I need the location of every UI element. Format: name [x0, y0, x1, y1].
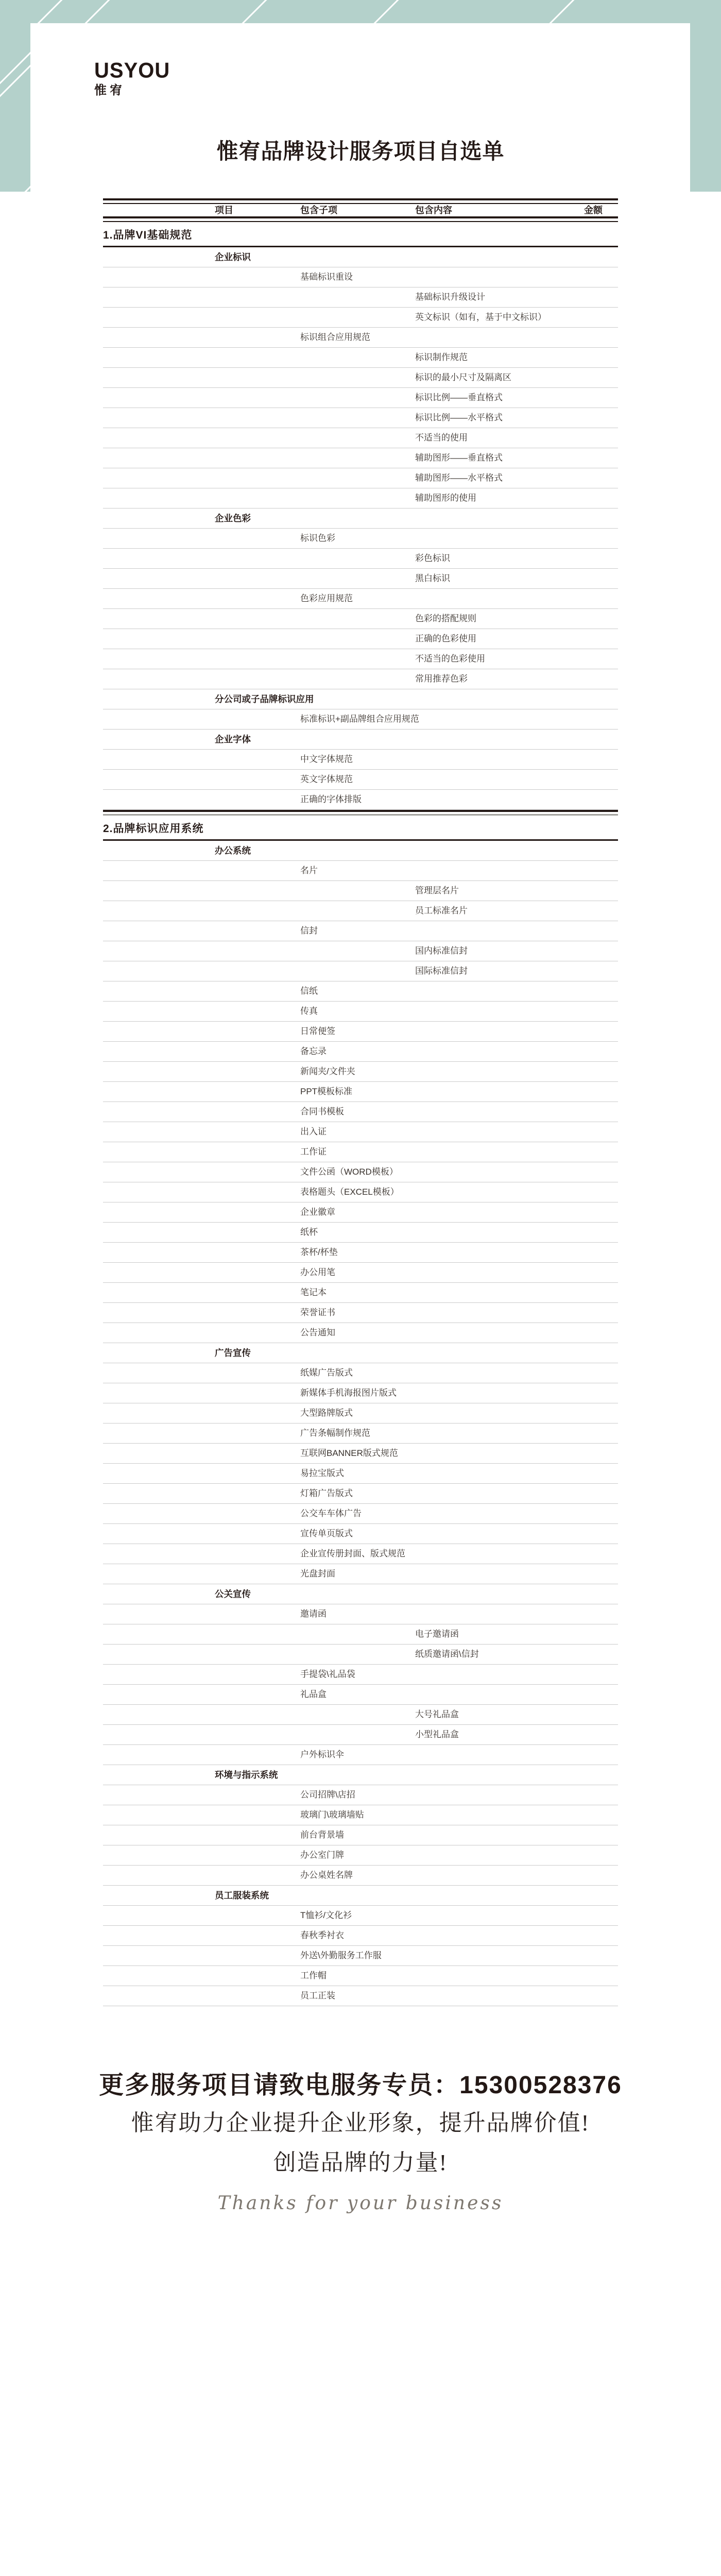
row-label: 茶杯/杯垫	[300, 1247, 338, 1257]
table-row: 礼品盒	[103, 1685, 618, 1705]
row-label: 灯箱广告版式	[300, 1488, 353, 1498]
table-row: 办公用笔	[103, 1263, 618, 1283]
flyer-page: USYOU 惟宥 惟宥品牌设计服务项目自选单 项目 包含子项 包含内容 金额 1…	[0, 0, 721, 2576]
section-brand-vi-basics: 1.品牌VI基础规范 企业标识基础标识重设基础标识升级设计英文标识（如有，基于中…	[103, 222, 618, 810]
diagonal-line-decoration	[227, 0, 283, 23]
table-row: 手提袋\礼品袋	[103, 1665, 618, 1685]
row-label: 邀请函	[300, 1609, 327, 1619]
table-row: 标识比例——水平格式	[103, 408, 618, 428]
row-label: 标准标识+副品牌组合应用规范	[300, 714, 419, 724]
row-label: 环境与指示系统	[215, 1770, 278, 1780]
row-label: 公关宣传	[215, 1589, 251, 1599]
table-row: 笔记本	[103, 1283, 618, 1303]
table-row: 中文字体规范	[103, 750, 618, 770]
row-label: 名片	[300, 866, 318, 875]
table-row: 彩色标识	[103, 549, 618, 569]
row-label: 纸媒广告版式	[300, 1368, 353, 1378]
table-row: 标识制作规范	[103, 348, 618, 368]
slogan-line-2: 创造品牌的力量!	[0, 2144, 721, 2177]
table-row: 正确的字体排版	[103, 790, 618, 810]
table-row: 信封	[103, 921, 618, 941]
row-label: 基础标识升级设计	[415, 292, 485, 302]
table-header-row: 项目 包含子项 包含内容 金额	[103, 204, 618, 216]
row-label: 办公用笔	[300, 1267, 335, 1277]
table-row: 企业字体	[103, 730, 618, 750]
services-table: 项目 包含子项 包含内容 金额 1.品牌VI基础规范 企业标识基础标识重设基础标…	[103, 198, 618, 2006]
table-row: 标识的最小尺寸及隔离区	[103, 368, 618, 388]
table-row: 春秋季衬衣	[103, 1926, 618, 1946]
table-row: 环境与指示系统	[103, 1765, 618, 1785]
row-label: 分公司或子品牌标识应用	[215, 694, 314, 704]
row-label: 日常便签	[300, 1026, 335, 1036]
row-label: 合同书模板	[300, 1107, 344, 1116]
table-row: 辅助图形——水平格式	[103, 468, 618, 488]
row-label: 新闻夹/文件夹	[300, 1066, 355, 1076]
row-label: PPT模板标准	[300, 1087, 352, 1096]
col-header-sub-item: 包含子项	[300, 204, 337, 216]
row-label: 基础标识重设	[300, 272, 353, 282]
table-row: 光盘封面	[103, 1564, 618, 1584]
table-row: 公司招牌\店招	[103, 1785, 618, 1805]
row-label: 大号礼品盒	[415, 1709, 459, 1719]
logo-subtext: 惟宥	[94, 84, 170, 97]
row-label: 英文标识（如有，基于中文标识）	[415, 312, 546, 322]
table-row: 小型礼品盒	[103, 1725, 618, 1745]
row-label: 标识比例——水平格式	[415, 413, 503, 422]
table-row: 标识组合应用规范	[103, 328, 618, 348]
table-row: 国内标准信封	[103, 941, 618, 961]
table-row: 纸质邀请函\信封	[103, 1645, 618, 1665]
row-label: 宣传单页版式	[300, 1529, 353, 1538]
row-label: 大型路牌版式	[300, 1408, 353, 1418]
table-row: 文件公函（WORD模板）	[103, 1162, 618, 1182]
table-row: 邀请函	[103, 1604, 618, 1624]
row-label: 标识比例——垂直格式	[415, 393, 503, 402]
row-label: 小型礼品盒	[415, 1730, 459, 1739]
section-rows: 企业标识基础标识重设基础标识升级设计英文标识（如有，基于中文标识）标识组合应用规…	[103, 247, 618, 810]
row-label: 办公系统	[215, 845, 251, 856]
section-divider-double-rule	[103, 810, 618, 816]
row-label: 常用推荐色彩	[415, 674, 468, 684]
table-row: 名片	[103, 861, 618, 881]
row-label: 工作帽	[300, 1971, 327, 1980]
table-row: 玻璃门\玻璃墙贴	[103, 1805, 618, 1825]
row-label: 企业宣传册封面、版式规范	[300, 1549, 405, 1558]
table-row: 传真	[103, 1002, 618, 1022]
section-brand-identity-applications: 2.品牌标识应用系统 办公系统名片管理层名片员工标准名片信封国内标准信封国际标准…	[103, 816, 618, 2006]
table-row: 外送\外勤服务工作服	[103, 1946, 618, 1966]
table-row: 前台背景墙	[103, 1825, 618, 1845]
diagonal-line-decoration	[539, 0, 584, 23]
logo-wordmark: USYOU	[94, 60, 170, 81]
table-row: 互联网BANNER版式规范	[103, 1444, 618, 1464]
row-label: 辅助图形的使用	[415, 493, 476, 503]
table-row: 办公桌姓名牌	[103, 1866, 618, 1886]
table-row: 广告宣传	[103, 1343, 618, 1363]
row-label: 文件公函（WORD模板）	[300, 1167, 398, 1177]
row-label: 不适当的使用	[415, 433, 468, 443]
row-label: 办公室门牌	[300, 1850, 344, 1860]
table-row: 易拉宝版式	[103, 1464, 618, 1484]
row-label: 纸质邀请函\信封	[415, 1649, 479, 1659]
row-label: 信封	[300, 926, 318, 936]
row-label: 员工标准名片	[415, 906, 468, 916]
table-row: 广告条幅制作规范	[103, 1423, 618, 1444]
table-row: 新闻夹/文件夹	[103, 1062, 618, 1082]
col-header-project: 项目	[215, 204, 233, 216]
table-row: 员工服装系统	[103, 1886, 618, 1906]
row-label: 工作证	[300, 1147, 327, 1157]
diagonal-line-decoration	[72, 0, 113, 23]
table-row: 户外标识伞	[103, 1745, 618, 1765]
row-label: 色彩的搭配规则	[415, 614, 476, 623]
table-row: 基础标识升级设计	[103, 287, 618, 308]
row-label: 光盘封面	[300, 1569, 335, 1579]
table-row: 办公室门牌	[103, 1845, 618, 1866]
row-label: 中文字体规范	[300, 754, 353, 764]
table-row: 色彩应用规范	[103, 589, 618, 609]
row-label: 公司招牌\店招	[300, 1790, 355, 1800]
table-row: 管理层名片	[103, 881, 618, 901]
table-row: 公关宣传	[103, 1584, 618, 1604]
table-row: 员工正装	[103, 1986, 618, 2006]
row-label: 荣誉证书	[300, 1308, 335, 1317]
col-header-amount: 金额	[584, 204, 603, 216]
table-row: 标识比例——垂直格式	[103, 388, 618, 408]
row-label: 外送\外勤服务工作服	[300, 1951, 382, 1960]
table-row: 英文字体规范	[103, 770, 618, 790]
row-label: 不适当的色彩使用	[415, 654, 485, 664]
table-row: 工作证	[103, 1142, 618, 1162]
table-row: 不适当的使用	[103, 428, 618, 448]
row-label: 出入证	[300, 1127, 327, 1137]
row-label: 前台背景墙	[300, 1830, 344, 1840]
row-label: 易拉宝版式	[300, 1468, 344, 1478]
thanks-script-note: Thanks for your business	[0, 2193, 721, 2214]
table-row: 国际标准信封	[103, 961, 618, 981]
row-label: 标识色彩	[300, 533, 335, 543]
row-label: 玻璃门\玻璃墙贴	[300, 1810, 364, 1820]
table-row: 公告通知	[103, 1323, 618, 1343]
brand-logo: USYOU 惟宥	[94, 60, 170, 97]
section-rows: 办公系统名片管理层名片员工标准名片信封国内标准信封国际标准信封信纸传真日常便签备…	[103, 841, 618, 2006]
table-row: 工作帽	[103, 1966, 618, 1986]
table-row: 灯箱广告版式	[103, 1484, 618, 1504]
row-label: 辅助图形——垂直格式	[415, 453, 503, 463]
row-label: 正确的字体排版	[300, 794, 362, 804]
row-label: 彩色标识	[415, 553, 450, 563]
table-row: 黑白标识	[103, 569, 618, 589]
table-row: 不适当的色彩使用	[103, 649, 618, 669]
col-header-content: 包含内容	[415, 204, 452, 216]
diagonal-line-decoration	[367, 0, 401, 23]
slogan-line-1: 惟宥助力企业提升企业形象，提升品牌价值!	[0, 2104, 721, 2137]
row-label: 公告通知	[300, 1328, 335, 1337]
table-row: 出入证	[103, 1122, 618, 1142]
row-label: 电子邀请函	[415, 1629, 459, 1639]
row-label: 标识的最小尺寸及隔离区	[415, 372, 511, 382]
row-label: 标识组合应用规范	[300, 332, 370, 342]
row-label: 企业徽章	[300, 1207, 335, 1217]
table-row: 标准标识+副品牌组合应用规范	[103, 709, 618, 730]
section-title: 2.品牌标识应用系统	[103, 816, 618, 839]
row-label: 黑白标识	[415, 573, 450, 583]
table-header-bottom-double-rule	[103, 216, 618, 222]
row-label: 春秋季衬衣	[300, 1930, 344, 1940]
row-label: 企业字体	[215, 734, 251, 744]
row-label: 公交车车体广告	[300, 1509, 362, 1518]
row-label: 标识制作规范	[415, 352, 468, 362]
row-label: 色彩应用规范	[300, 594, 353, 603]
table-row: PPT模板标准	[103, 1082, 618, 1102]
table-row: 企业徽章	[103, 1202, 618, 1223]
row-label: 员工正装	[300, 1991, 335, 2001]
table-row: 基础标识重设	[103, 267, 618, 287]
diagonal-line-decoration	[0, 166, 30, 192]
row-label: 表格题头（EXCEL模板）	[300, 1187, 399, 1197]
teal-top-band	[0, 0, 721, 23]
table-row: T恤衫/文化衫	[103, 1906, 618, 1926]
table-row: 日常便签	[103, 1022, 618, 1042]
table-top-double-rule	[103, 198, 618, 204]
table-row: 公交车车体广告	[103, 1504, 618, 1524]
table-row: 员工标准名片	[103, 901, 618, 921]
diagonal-line-decoration	[0, 26, 30, 100]
row-label: 英文字体规范	[300, 774, 353, 784]
row-label: 传真	[300, 1006, 318, 1016]
table-row: 标识色彩	[103, 529, 618, 549]
table-row: 合同书模板	[103, 1102, 618, 1122]
row-label: 备忘录	[300, 1046, 327, 1056]
row-label: 户外标识伞	[300, 1750, 344, 1759]
table-row: 英文标识（如有，基于中文标识）	[103, 308, 618, 328]
contact-phone-line: 更多服务项目请致电服务专员：15300528376	[0, 2065, 721, 2100]
row-label: 笔记本	[300, 1287, 327, 1297]
section-title: 1.品牌VI基础规范	[103, 222, 618, 246]
page-title: 惟宥品牌设计服务项目自选单	[0, 134, 721, 165]
row-label: 礼品盒	[300, 1689, 327, 1699]
table-row: 企业标识	[103, 247, 618, 267]
table-row: 新媒体手机海报图片版式	[103, 1383, 618, 1403]
table-row: 分公司或子品牌标识应用	[103, 689, 618, 709]
row-label: 管理层名片	[415, 886, 459, 895]
row-label: 广告宣传	[215, 1348, 251, 1358]
table-row: 大型路牌版式	[103, 1403, 618, 1423]
row-label: 企业标识	[215, 252, 251, 262]
table-row: 常用推荐色彩	[103, 669, 618, 689]
table-row: 办公系统	[103, 841, 618, 861]
table-row: 纸媒广告版式	[103, 1363, 618, 1383]
table-row: 荣誉证书	[103, 1303, 618, 1323]
table-row: 大号礼品盒	[103, 1705, 618, 1725]
row-label: 国际标准信封	[415, 966, 468, 976]
table-row: 表格题头（EXCEL模板）	[103, 1182, 618, 1202]
row-label: 办公桌姓名牌	[300, 1870, 353, 1880]
row-label: 国内标准信封	[415, 946, 468, 956]
table-row: 备忘录	[103, 1042, 618, 1062]
table-row: 茶杯/杯垫	[103, 1243, 618, 1263]
row-label: 正确的色彩使用	[415, 634, 476, 643]
row-label: 辅助图形——水平格式	[415, 473, 503, 483]
table-row: 纸杯	[103, 1223, 618, 1243]
row-label: 互联网BANNER版式规范	[300, 1448, 398, 1458]
table-row: 电子邀请函	[103, 1624, 618, 1645]
row-label: 员工服装系统	[215, 1890, 269, 1901]
table-row: 正确的色彩使用	[103, 629, 618, 649]
row-label: 手提袋\礼品袋	[300, 1669, 355, 1679]
row-label: 新媒体手机海报图片版式	[300, 1388, 397, 1398]
table-row: 辅助图形——垂直格式	[103, 448, 618, 468]
table-row: 企业色彩	[103, 509, 618, 529]
row-label: 纸杯	[300, 1227, 318, 1237]
row-label: 企业色彩	[215, 513, 251, 523]
row-label: 信纸	[300, 986, 318, 996]
row-label: T恤衫/文化衫	[300, 1910, 352, 1920]
table-row: 辅助图形的使用	[103, 488, 618, 509]
row-label: 广告条幅制作规范	[300, 1428, 370, 1438]
table-row: 宣传单页版式	[103, 1524, 618, 1544]
table-row: 企业宣传册封面、版式规范	[103, 1544, 618, 1564]
table-row: 信纸	[103, 981, 618, 1002]
table-row: 色彩的搭配规则	[103, 609, 618, 629]
